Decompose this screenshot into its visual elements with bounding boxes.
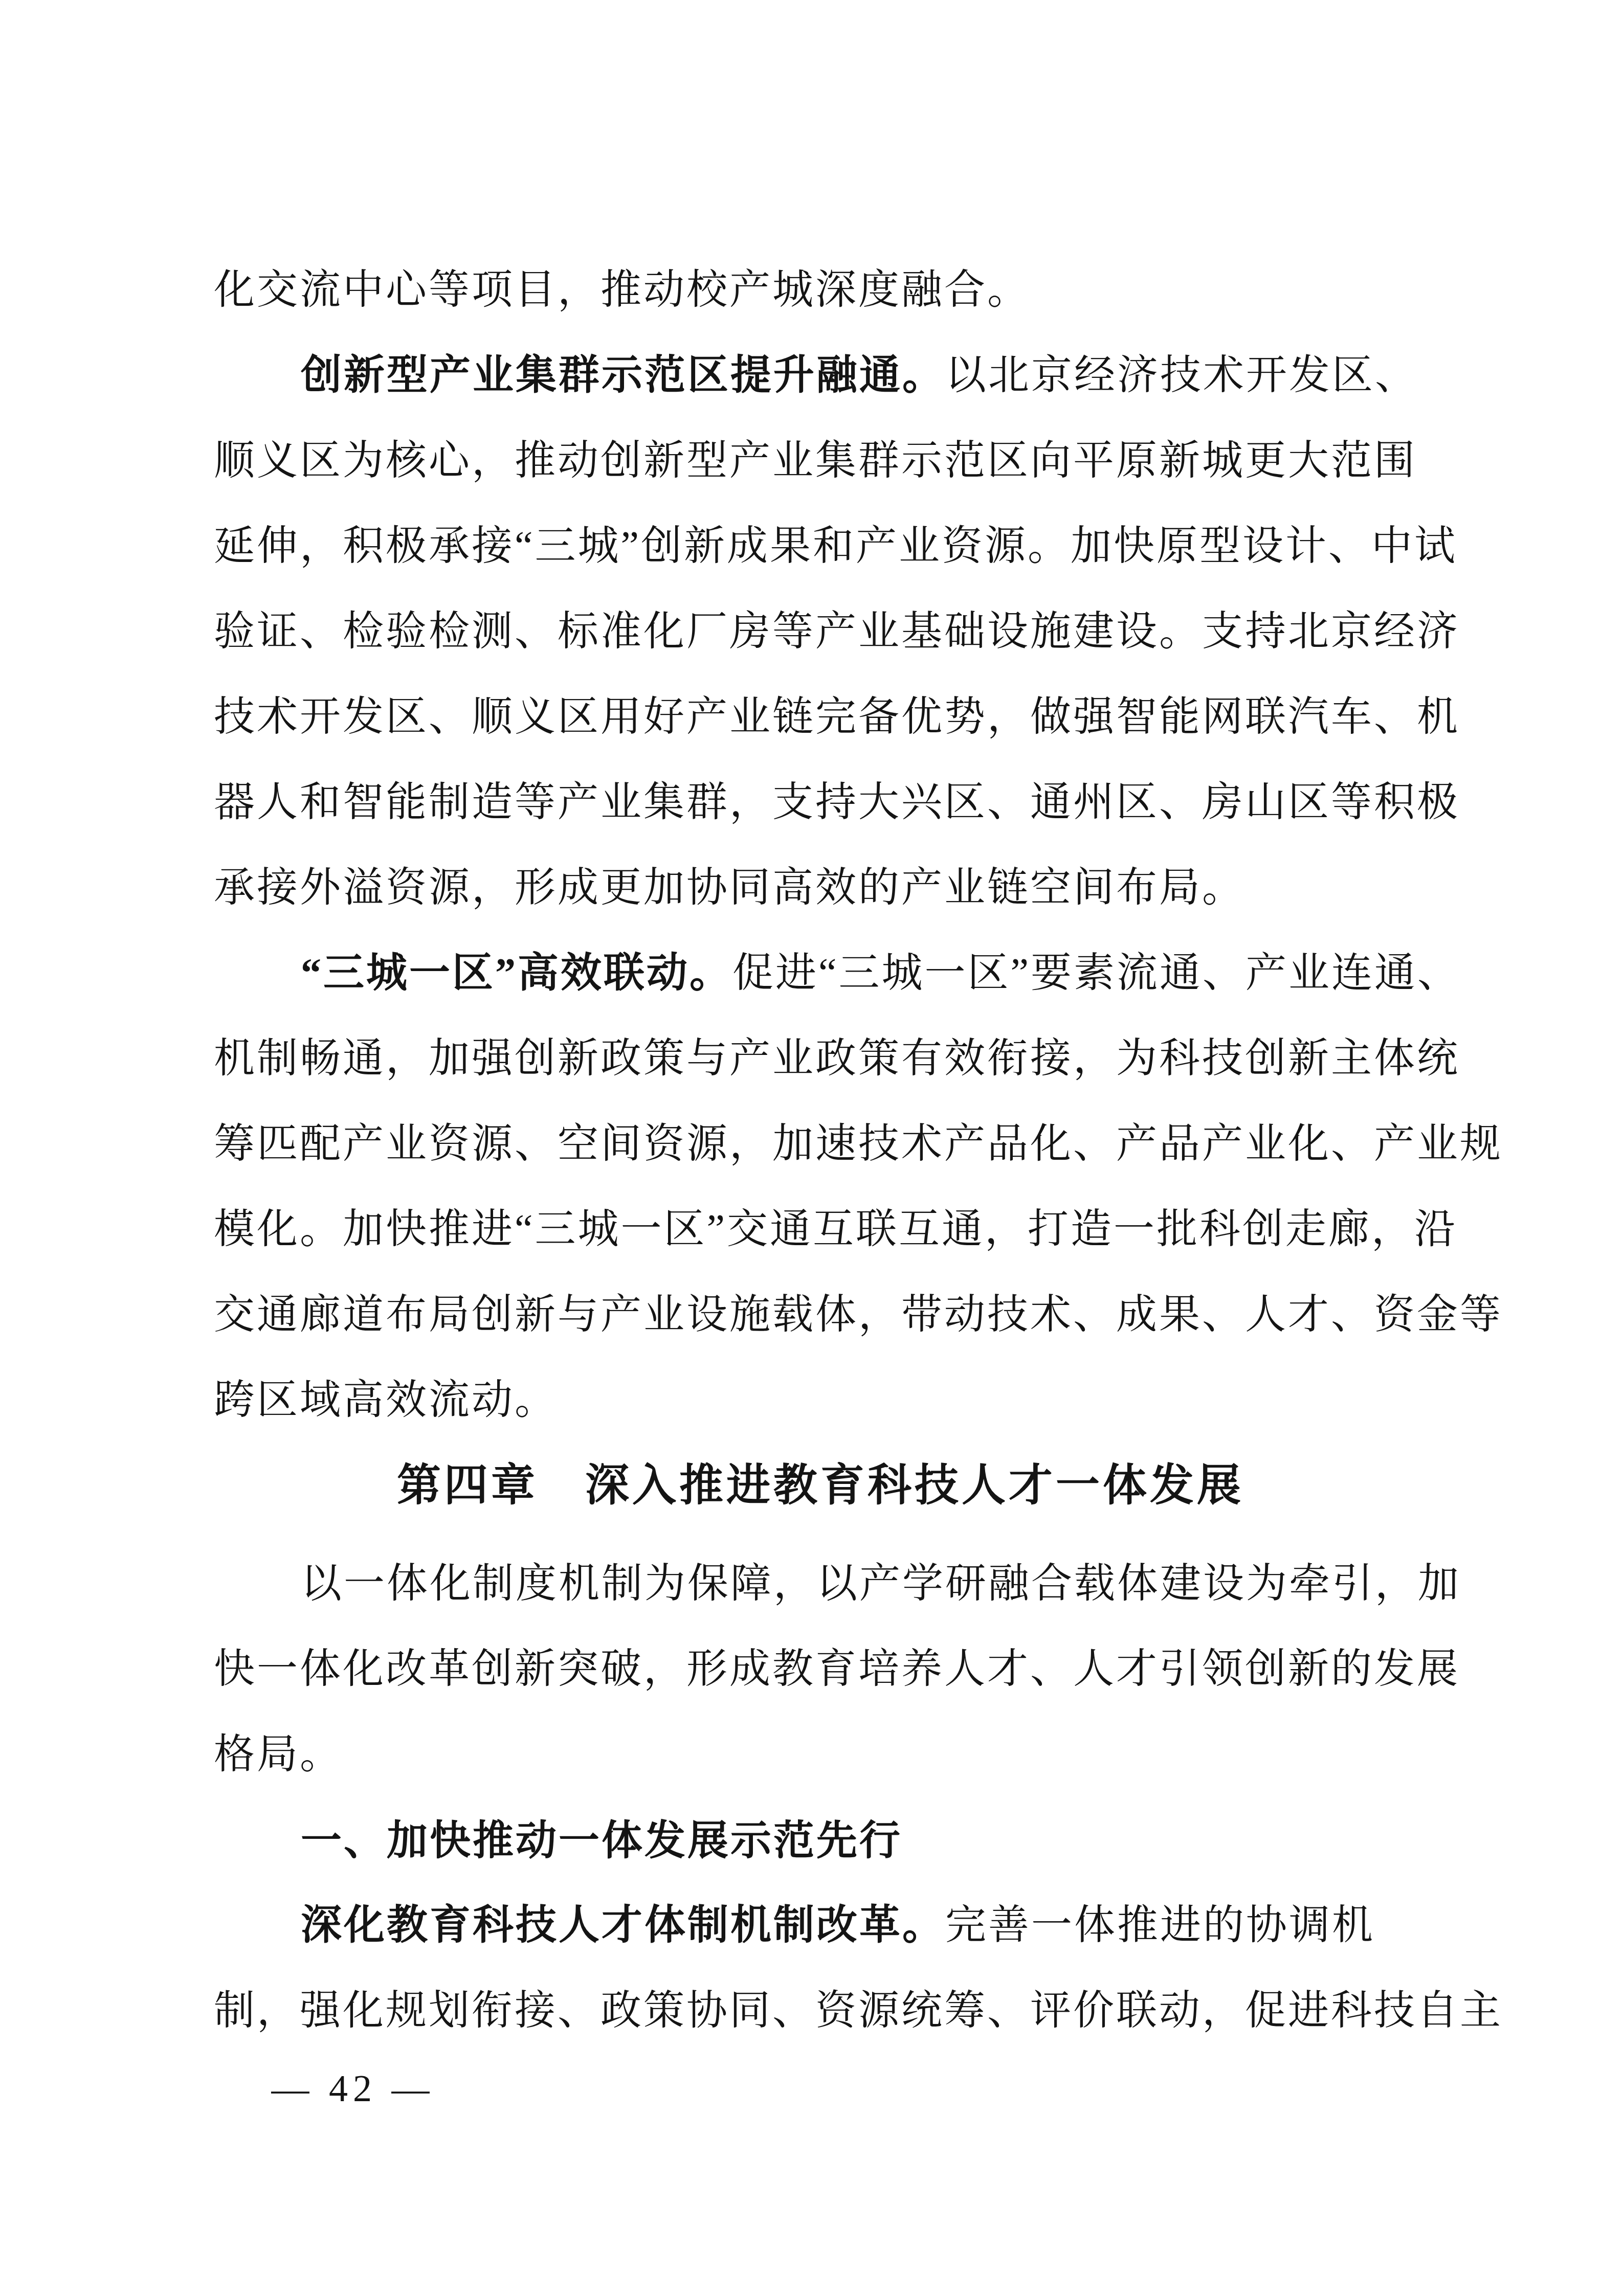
body-line: 快一体化改革创新突破，形成教育培养人才、人才引领创新的发展 — [214, 1627, 1427, 1712]
body-line: 延伸，积极承接“三城”创新成果和产业资源。加快原型设计、中试 — [214, 504, 1427, 589]
body-line: 跨区域高效流动。 — [214, 1358, 1427, 1443]
page-number: — 42 — — [215, 2061, 491, 2117]
body-line: 验证、检验检测、标准化厂房等产业基础设施建设。支持北京经济 — [214, 589, 1427, 674]
body-text: 完善一体推进的协调机 — [945, 1903, 1375, 1948]
body-text: 促进“三城一区”要素流通、产业连通、 — [732, 951, 1460, 996]
document-page: 化交流中心等项目，推动校产城深度融合。 创新型产业集群示范区提升融通。以北京经济… — [0, 0, 1624, 2296]
body-line: 技术开发区、顺义区用好产业链完备优势，做强智能网联汽车、机 — [214, 674, 1427, 760]
body-line: 以一体化制度机制为保障，以产学研融合载体建设为牵引，加 — [214, 1541, 1427, 1627]
body-line: “三城一区”高效联动。促进“三城一区”要素流通、产业连通、 — [214, 931, 1427, 1016]
body-line: 器人和智能制造等产业集群，支持大兴区、通州区、房山区等积极 — [214, 760, 1427, 845]
paragraph-lead: 深化教育科技人才体制机制改革。 — [301, 1903, 945, 1948]
body-line: 机制畅通，加强创新政策与产业政策有效衔接，为科技创新主体统 — [214, 1016, 1427, 1101]
body-line: 化交流中心等项目，推动校产城深度融合。 — [214, 247, 1427, 333]
body-line: 筹匹配产业资源、空间资源，加速技术产品化、产品产业化、产业规 — [214, 1101, 1427, 1187]
body-line: 深化教育科技人才体制机制改革。完善一体推进的协调机 — [214, 1883, 1427, 1968]
section-heading: 一、加快推动一体发展示范先行 — [214, 1797, 1427, 1883]
body-line: 制，强化规划衔接、政策协同、资源统筹、评价联动，促进科技自主 — [214, 1968, 1427, 2054]
body-line: 承接外溢资源，形成更加协同高效的产业链空间布局。 — [214, 845, 1427, 931]
text-block: 化交流中心等项目，推动校产城深度融合。 创新型产业集群示范区提升融通。以北京经济… — [214, 247, 1427, 2054]
body-line: 交通廊道布局创新与产业设施载体，带动技术、成果、人才、资金等 — [214, 1272, 1427, 1358]
body-line: 模化。加快推进“三城一区”交通互联互通，打造一批科创走廊，沿 — [214, 1187, 1427, 1272]
paragraph-lead: “三城一区”高效联动。 — [301, 951, 732, 996]
body-line: 格局。 — [214, 1712, 1427, 1797]
body-line: 创新型产业集群示范区提升融通。以北京经济技术开发区、 — [214, 333, 1427, 418]
body-text: 以北京经济技术开发区、 — [945, 353, 1418, 398]
chapter-heading: 第四章 深入推进教育科技人才一体发展 — [214, 1443, 1427, 1528]
body-line: 顺义区为核心，推动创新型产业集群示范区向平原新城更大范围 — [214, 418, 1427, 504]
paragraph-lead: 创新型产业集群示范区提升融通。 — [301, 353, 945, 398]
